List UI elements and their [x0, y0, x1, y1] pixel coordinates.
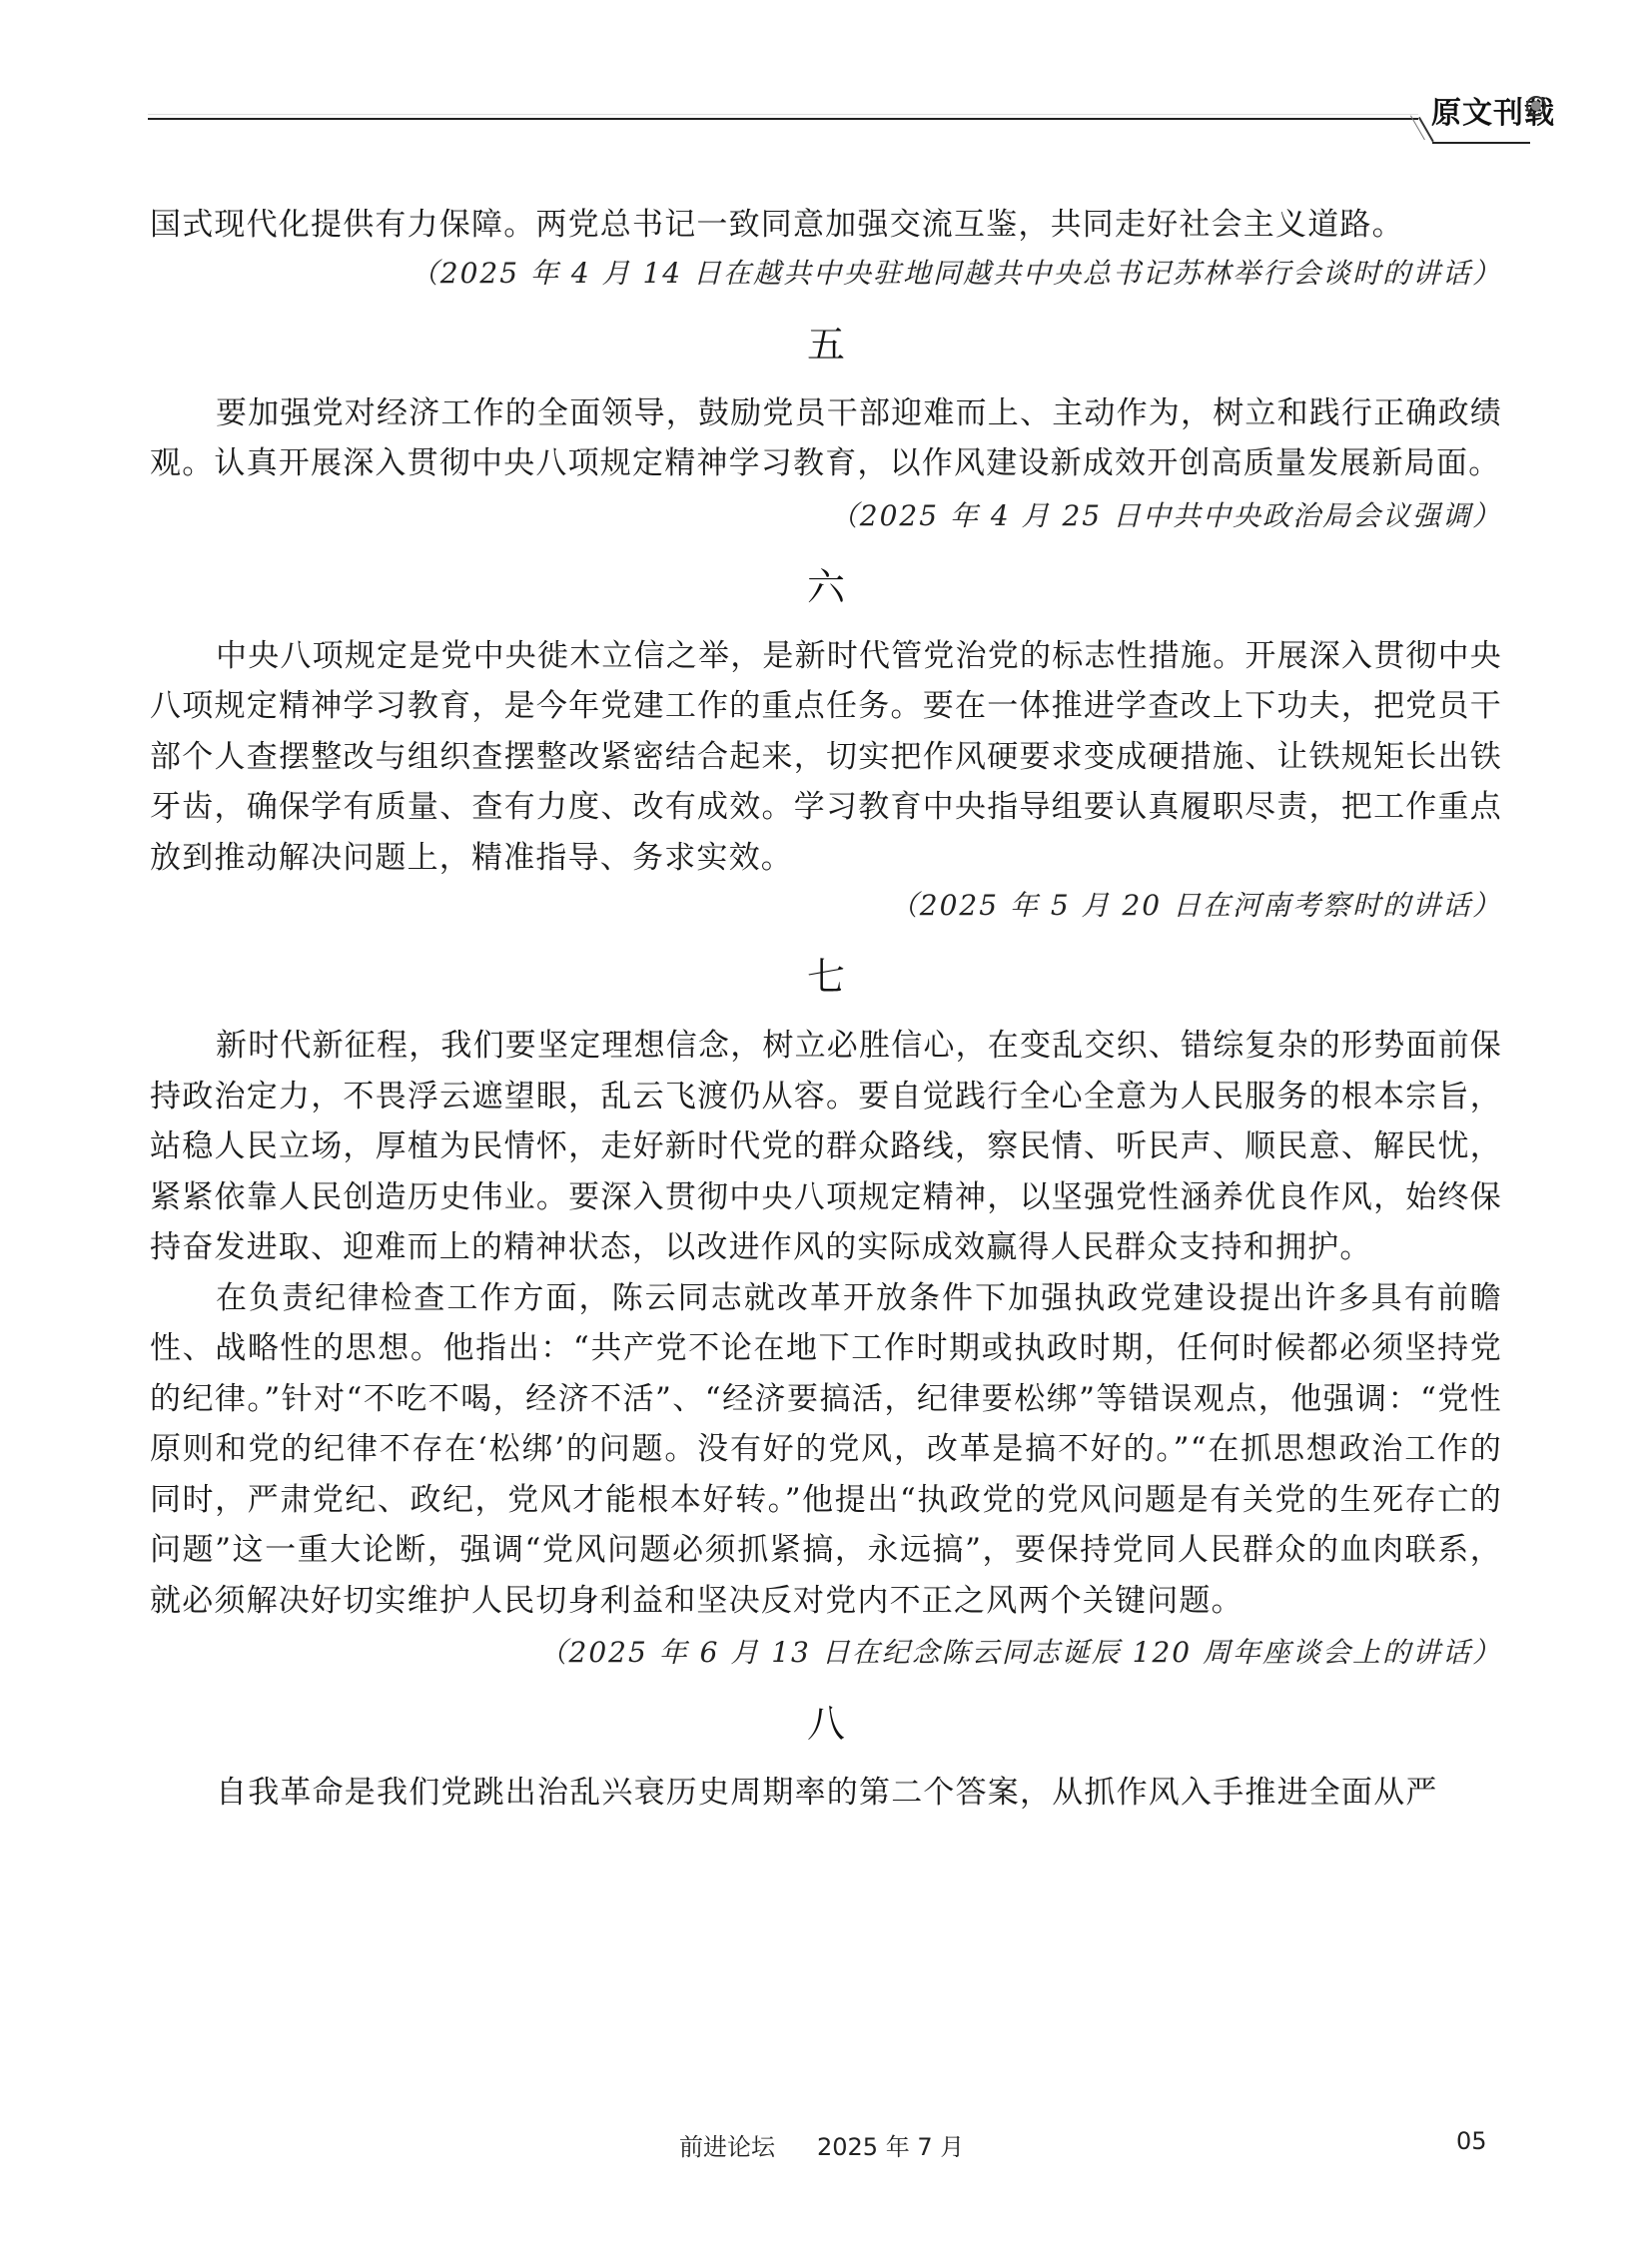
page-footer: 前进论坛 2025 年 7 月 05	[0, 2127, 1652, 2167]
paragraph: 要加强党对经济工作的全面领导，鼓励党员干部迎难而上、主动作为，树立和践行正确政绩…	[150, 388, 1502, 489]
paragraph: 在负责纪律检查工作方面，陈云同志就改革开放条件下加强执政党建设提出许多具有前瞻性…	[150, 1273, 1502, 1627]
section-heading-6: 六	[150, 557, 1502, 617]
source-citation: （2025 年 4 月 14 日在越共中央驻地同越共中央总书记苏林举行会谈时的讲…	[150, 251, 1502, 297]
paragraph: 中央八项规定是党中央徙木立信之举，是新时代管党治党的标志性措施。开展深入贯彻中央…	[150, 631, 1502, 884]
section-heading-7: 七	[150, 947, 1502, 1007]
paragraph: 自我革命是我们党跳出治乱兴衰历史周期率的第二个答案，从抓作风入手推进全面从严	[150, 1768, 1502, 1819]
source-citation: （2025 年 6 月 13 日在纪念陈云同志诞辰 120 周年座谈会上的讲话）	[150, 1630, 1502, 1676]
paragraph: 新时代新征程，我们要坚定理想信念，树立必胜信心，在变乱交织、错综复杂的形势面前保…	[150, 1021, 1502, 1273]
header-rule-short	[1432, 142, 1530, 144]
header-rule	[148, 118, 1418, 120]
section-heading-5: 五	[150, 315, 1502, 374]
page-number: 05	[1456, 2127, 1487, 2155]
paragraph: 国式现代化提供有力保障。两党总书记一致同意加强交流互鉴，共同走好社会主义道路。	[150, 200, 1502, 251]
article-body: 国式现代化提供有力保障。两党总书记一致同意加强交流互鉴，共同走好社会主义道路。 …	[150, 200, 1502, 1819]
source-citation: （2025 年 4 月 25 日中共中央政治局会议强调）	[150, 493, 1502, 539]
journal-name: 前进论坛	[679, 2127, 775, 2162]
page-header: 原文刊载	[0, 0, 1652, 150]
target-circle-icon	[1526, 96, 1546, 116]
issue-date: 2025 年 7 月	[817, 2127, 964, 2162]
section-heading-8: 八	[150, 1694, 1502, 1754]
source-citation: （2025 年 5 月 20 日在河南考察时的讲话）	[150, 883, 1502, 929]
